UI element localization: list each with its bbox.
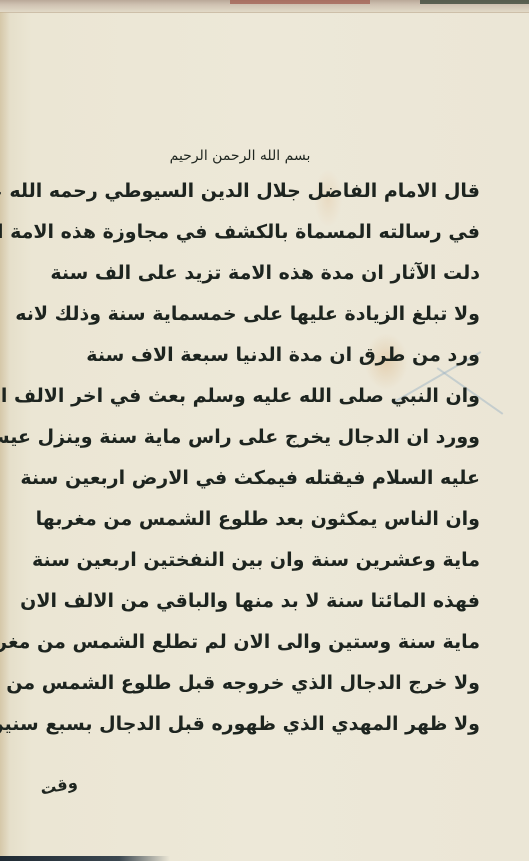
text-line-10: ماية وعشرين سنة وان بين النفختين اربعين … [32, 545, 480, 575]
binding-edge-dark [420, 0, 529, 4]
binding-edge-red [230, 0, 370, 4]
text-line-6: وان النبي صلى الله عليه وسلم بعث في اخر … [0, 381, 480, 411]
text-line-2: في رسالته المسماة بالكشف في مجاوزة هذه ا… [0, 217, 480, 247]
text-line-13: ولا خرج الدجال الذي خروجه قبل طلوع الشمس… [0, 668, 480, 698]
page-bottom-edge [0, 856, 170, 861]
bleed-through-mark [394, 351, 527, 481]
basmala-heading: بسم الله الرحمن الرحيم [155, 148, 325, 164]
text-line-8: عليه السلام فيقتله فيمكث في الارض اربعين… [20, 463, 480, 493]
text-line-3: دلت الآثار ان مدة هذه الامة تزيد على الف… [50, 258, 480, 288]
text-line-9: وان الناس يمكثون بعد طلوع الشمس من مغربه… [36, 504, 480, 534]
text-line-1: قال الامام الفاضل جلال الدين السيوطي رحم… [0, 176, 480, 206]
manuscript-page: بسم الله الرحمن الرحيم قال الامام الفاضل… [0, 0, 529, 861]
catchword: وقت [38, 772, 78, 798]
text-line-14: ولا ظهر المهدي الذي ظهوره قبل الدجال بسب… [0, 709, 480, 739]
text-line-12: ماية سنة وستين والى الان لم تطلع الشمس م… [0, 627, 480, 657]
page-top-edge [0, 0, 529, 13]
text-line-11: فهذه المائتا سنة لا بد منها والباقي من ا… [20, 586, 480, 616]
text-line-5: ورد من طرق ان مدة الدنيا سبعة الاف سنة [86, 340, 480, 370]
text-line-4: ولا تبلغ الزيادة عليها على خمسماية سنة و… [15, 299, 480, 329]
text-line-7: وورد ان الدجال يخرج على راس ماية سنة وين… [0, 422, 480, 452]
